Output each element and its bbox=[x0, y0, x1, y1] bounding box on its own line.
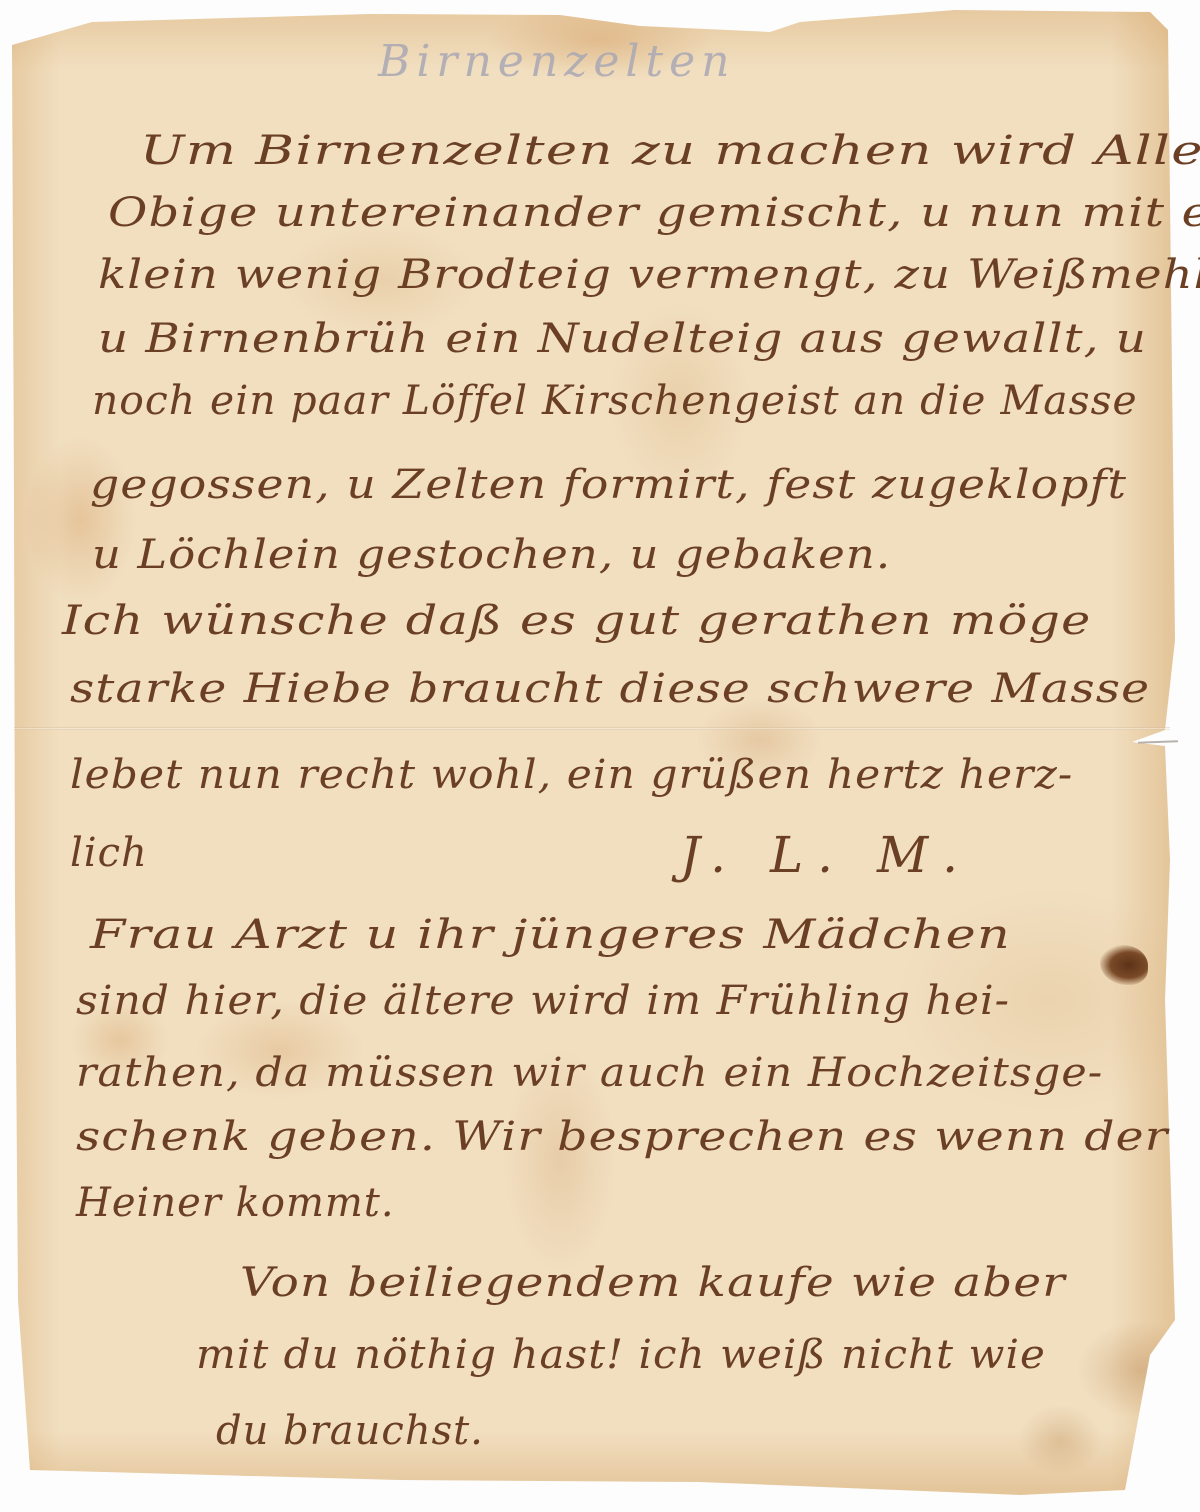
signature-initials: J. L. M. bbox=[680, 826, 972, 884]
letter-line: mit du nöthig hast! ich weiß nicht wie bbox=[196, 1332, 1046, 1378]
document-stage: Birnenzelten Um Birnenzelten zu machen w… bbox=[0, 0, 1200, 1512]
letter-line: Heiner kommt. bbox=[76, 1180, 395, 1226]
letter-line: klein wenig Brodteig vermengt, zu Weißme… bbox=[98, 252, 1200, 298]
letter-body: Um Birnenzelten zu machen wird Alles Obi… bbox=[0, 0, 1200, 1512]
letter-line: Obige untereinander gemischt, u nun mit … bbox=[108, 190, 1200, 236]
letter-line: rathen, da müssen wir auch ein Hochzeits… bbox=[76, 1050, 1103, 1096]
letter-line: Frau Arzt u ihr jüngeres Mädchen bbox=[90, 912, 1011, 958]
letter-line: Um Birnenzelten zu machen wird Alles bbox=[140, 128, 1200, 174]
letter-line: starke Hiebe braucht diese schwere Masse bbox=[70, 666, 1150, 712]
letter-line: Ich wünsche daß es gut gerathen möge bbox=[62, 598, 1092, 644]
letter-line: noch ein paar Löffel Kirschengeist an di… bbox=[92, 378, 1138, 424]
letter-line: gegossen, u Zelten formirt, fest zugeklo… bbox=[90, 462, 1127, 508]
letter-line: Von beiliegendem kaufe wie aber bbox=[240, 1260, 1066, 1306]
letter-line: u Birnenbrüh ein Nudelteig aus gewallt, … bbox=[98, 316, 1147, 362]
letter-line: schenk geben. Wir besprechen es wenn der bbox=[76, 1114, 1168, 1160]
letter-line: sind hier, die ältere wird im Frühling h… bbox=[76, 978, 1010, 1024]
letter-line: lich bbox=[70, 830, 148, 876]
letter-line: du brauchst. bbox=[216, 1408, 484, 1454]
letter-line: lebet nun recht wohl, ein grüßen hertz h… bbox=[70, 752, 1073, 798]
letter-line: u Löchlein gestochen, u gebaken. bbox=[92, 532, 891, 578]
